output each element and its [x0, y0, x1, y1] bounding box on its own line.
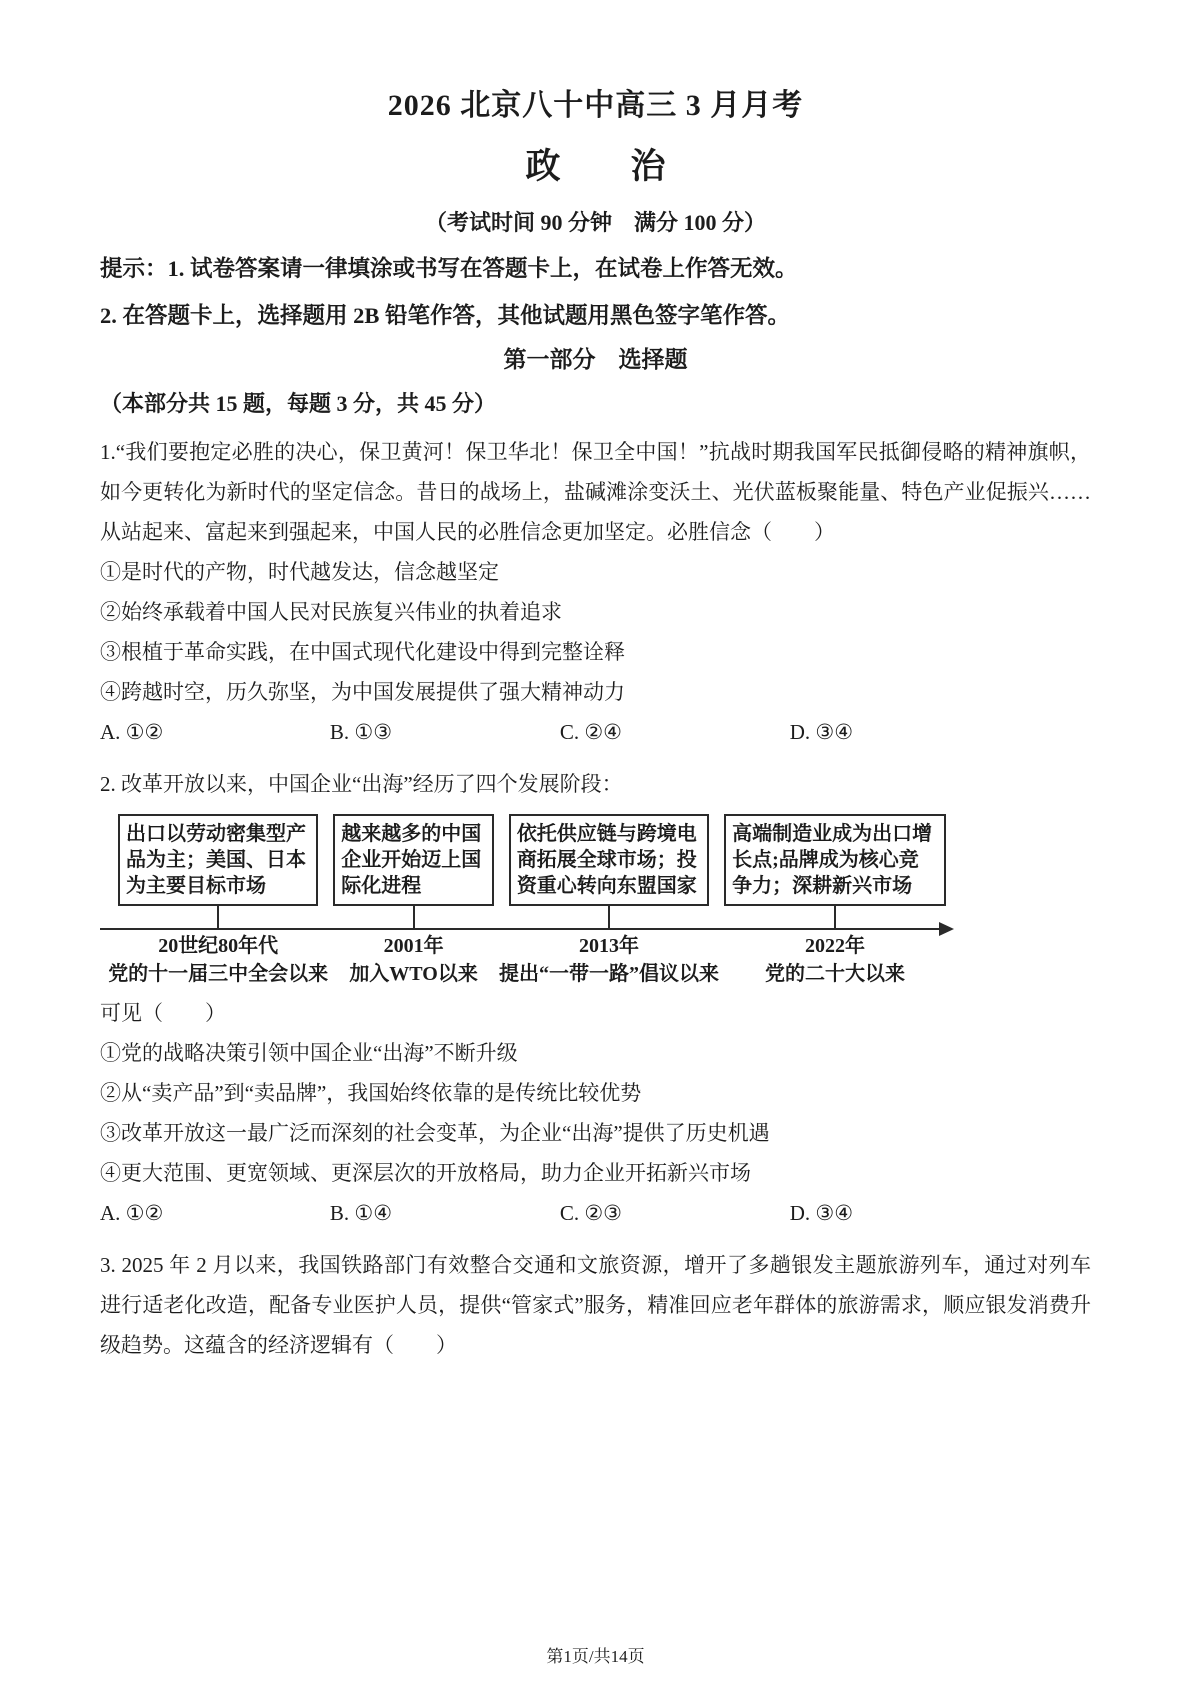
- question-1-item-3: ③根植于革命实践，在中国式现代化建设中得到完整诠释: [100, 632, 1091, 672]
- question-2-choice-a: A. ①②: [100, 1193, 330, 1233]
- question-2-item-1: ①党的战略决策引领中国企业“出海”不断升级: [100, 1033, 1091, 1073]
- timeline-stage-3-connector: [608, 906, 610, 928]
- question-1-choice-c: C. ②④: [560, 712, 790, 752]
- question-1-choice-a: A. ①②: [100, 712, 330, 752]
- question-3: 3. 2025 年 2 月以来，我国铁路部门有效整合交通和文旅资源，增开了多趟银…: [100, 1245, 1091, 1365]
- question-3-stem: 3. 2025 年 2 月以来，我国铁路部门有效整合交通和文旅资源，增开了多趟银…: [100, 1245, 1091, 1365]
- question-2-choice-d: D. ③④: [790, 1193, 853, 1233]
- timeline-stage-3-desc: 提出“一带一路”倡议以来: [499, 959, 719, 989]
- question-2-choice-b: B. ①④: [330, 1193, 560, 1233]
- section-info: （本部分共 15 题，每题 3 分，共 45 分）: [100, 387, 1091, 420]
- question-2-item-4: ④更大范围、更宽领域、更深层次的开放格局，助力企业开拓新兴市场: [100, 1153, 1091, 1193]
- exam-paper-page: 2026 北京八十中高三 3 月月考 政 治 （考试时间 90 分钟 满分 10…: [0, 0, 1191, 1684]
- question-1-choice-d: D. ③④: [790, 712, 853, 752]
- timeline-stage-2-box: 越来越多的中国企业开始迈上国际化进程: [333, 814, 494, 906]
- timeline-stage-4: 高端制造业成为出口增长点;品牌成为核心竞争力；深耕新兴市场 2022年 党的二十…: [724, 814, 946, 989]
- question-1: 1.“我们要抱定必胜的决心，保卫黄河！保卫华北！保卫全中国！”抗战时期我国军民抵…: [100, 432, 1091, 752]
- notice-line-2: 2. 在答题卡上，选择题用 2B 铅笔作答，其他试题用黑色签字笔作答。: [100, 299, 1091, 332]
- question-1-item-4: ④跨越时空，历久弥坚，为中国发展提供了强大精神动力: [100, 672, 1091, 712]
- timeline-stage-1-year: 20世纪80年代: [158, 933, 278, 959]
- question-2-followup: 可见（ ）: [100, 993, 1091, 1033]
- timeline-stage-3-box: 依托供应链与跨境电商拓展全球市场；投资重心转向东盟国家: [509, 814, 709, 906]
- timeline-stage-3-year: 2013年: [579, 933, 639, 959]
- timeline-stages: 出口以劳动密集型产品为主；美国、日本为主要目标市场 20世纪80年代 党的十一届…: [100, 814, 958, 989]
- timeline-stage-1-desc: 党的十一届三中全会以来: [108, 959, 328, 989]
- timeline-stage-2-desc: 加入WTO以来: [349, 959, 478, 989]
- timeline-stage-1-box: 出口以劳动密集型产品为主；美国、日本为主要目标市场: [118, 814, 318, 906]
- page-content: 2026 北京八十中高三 3 月月考 政 治 （考试时间 90 分钟 满分 10…: [0, 0, 1191, 1365]
- question-1-item-1: ①是时代的产物，时代越发达，信念越坚定: [100, 552, 1091, 592]
- subject-title: 政 治: [100, 144, 1091, 190]
- timeline-stage-4-connector: [834, 906, 836, 928]
- question-2-item-2: ②从“卖产品”到“卖品牌”，我国始终依靠的是传统比较优势: [100, 1073, 1091, 1113]
- question-1-choices: A. ①② B. ①③ C. ②④ D. ③④: [100, 712, 1091, 752]
- timeline-stage-2-connector: [413, 906, 415, 928]
- question-2-item-3: ③改革开放这一最广泛而深刻的社会变革，为企业“出海”提供了历史机遇: [100, 1113, 1091, 1153]
- timeline-axis: [100, 928, 952, 930]
- timeline-stage-2: 越来越多的中国企业开始迈上国际化进程 2001年 加入WTO以来: [333, 814, 494, 989]
- timeline-stage-1: 出口以劳动密集型产品为主；美国、日本为主要目标市场 20世纪80年代 党的十一届…: [118, 814, 318, 989]
- question-1-stem: 1.“我们要抱定必胜的决心，保卫黄河！保卫华北！保卫全中国！”抗战时期我国军民抵…: [100, 432, 1091, 552]
- question-2-choices: A. ①② B. ①④ C. ②③ D. ③④: [100, 1193, 1091, 1233]
- question-2-choice-c: C. ②③: [560, 1193, 790, 1233]
- timeline-stage-4-desc: 党的二十大以来: [765, 959, 905, 989]
- section-heading: 第一部分 选择题: [100, 343, 1091, 376]
- exam-title: 2026 北京八十中高三 3 月月考: [100, 86, 1091, 126]
- timeline-stage-3: 依托供应链与跨境电商拓展全球市场；投资重心转向东盟国家 2013年 提出“一带一…: [509, 814, 709, 989]
- page-number: 第1页/共14页: [0, 1646, 1191, 1668]
- question-1-item-2: ②始终承载着中国人民对民族复兴伟业的执着追求: [100, 592, 1091, 632]
- timeline-diagram: 出口以劳动密集型产品为主；美国、日本为主要目标市场 20世纪80年代 党的十一届…: [100, 814, 958, 989]
- notice-line-1: 提示：1. 试卷答案请一律填涂或书写在答题卡上，在试卷上作答无效。: [100, 252, 1091, 285]
- timeline-stage-4-year: 2022年: [805, 933, 865, 959]
- question-1-choice-b: B. ①③: [330, 712, 560, 752]
- exam-info: （考试时间 90 分钟 满分 100 分）: [100, 208, 1091, 238]
- question-2: 2. 改革开放以来，中国企业“出海”经历了四个发展阶段： 出口以劳动密集型产品为…: [100, 764, 1091, 1233]
- timeline-stage-1-connector: [217, 906, 219, 928]
- timeline-stage-2-year: 2001年: [384, 933, 444, 959]
- timeline-stage-4-box: 高端制造业成为出口增长点;品牌成为核心竞争力；深耕新兴市场: [724, 814, 946, 906]
- arrow-right-icon: [939, 922, 954, 936]
- question-2-stem: 2. 改革开放以来，中国企业“出海”经历了四个发展阶段：: [100, 764, 1091, 804]
